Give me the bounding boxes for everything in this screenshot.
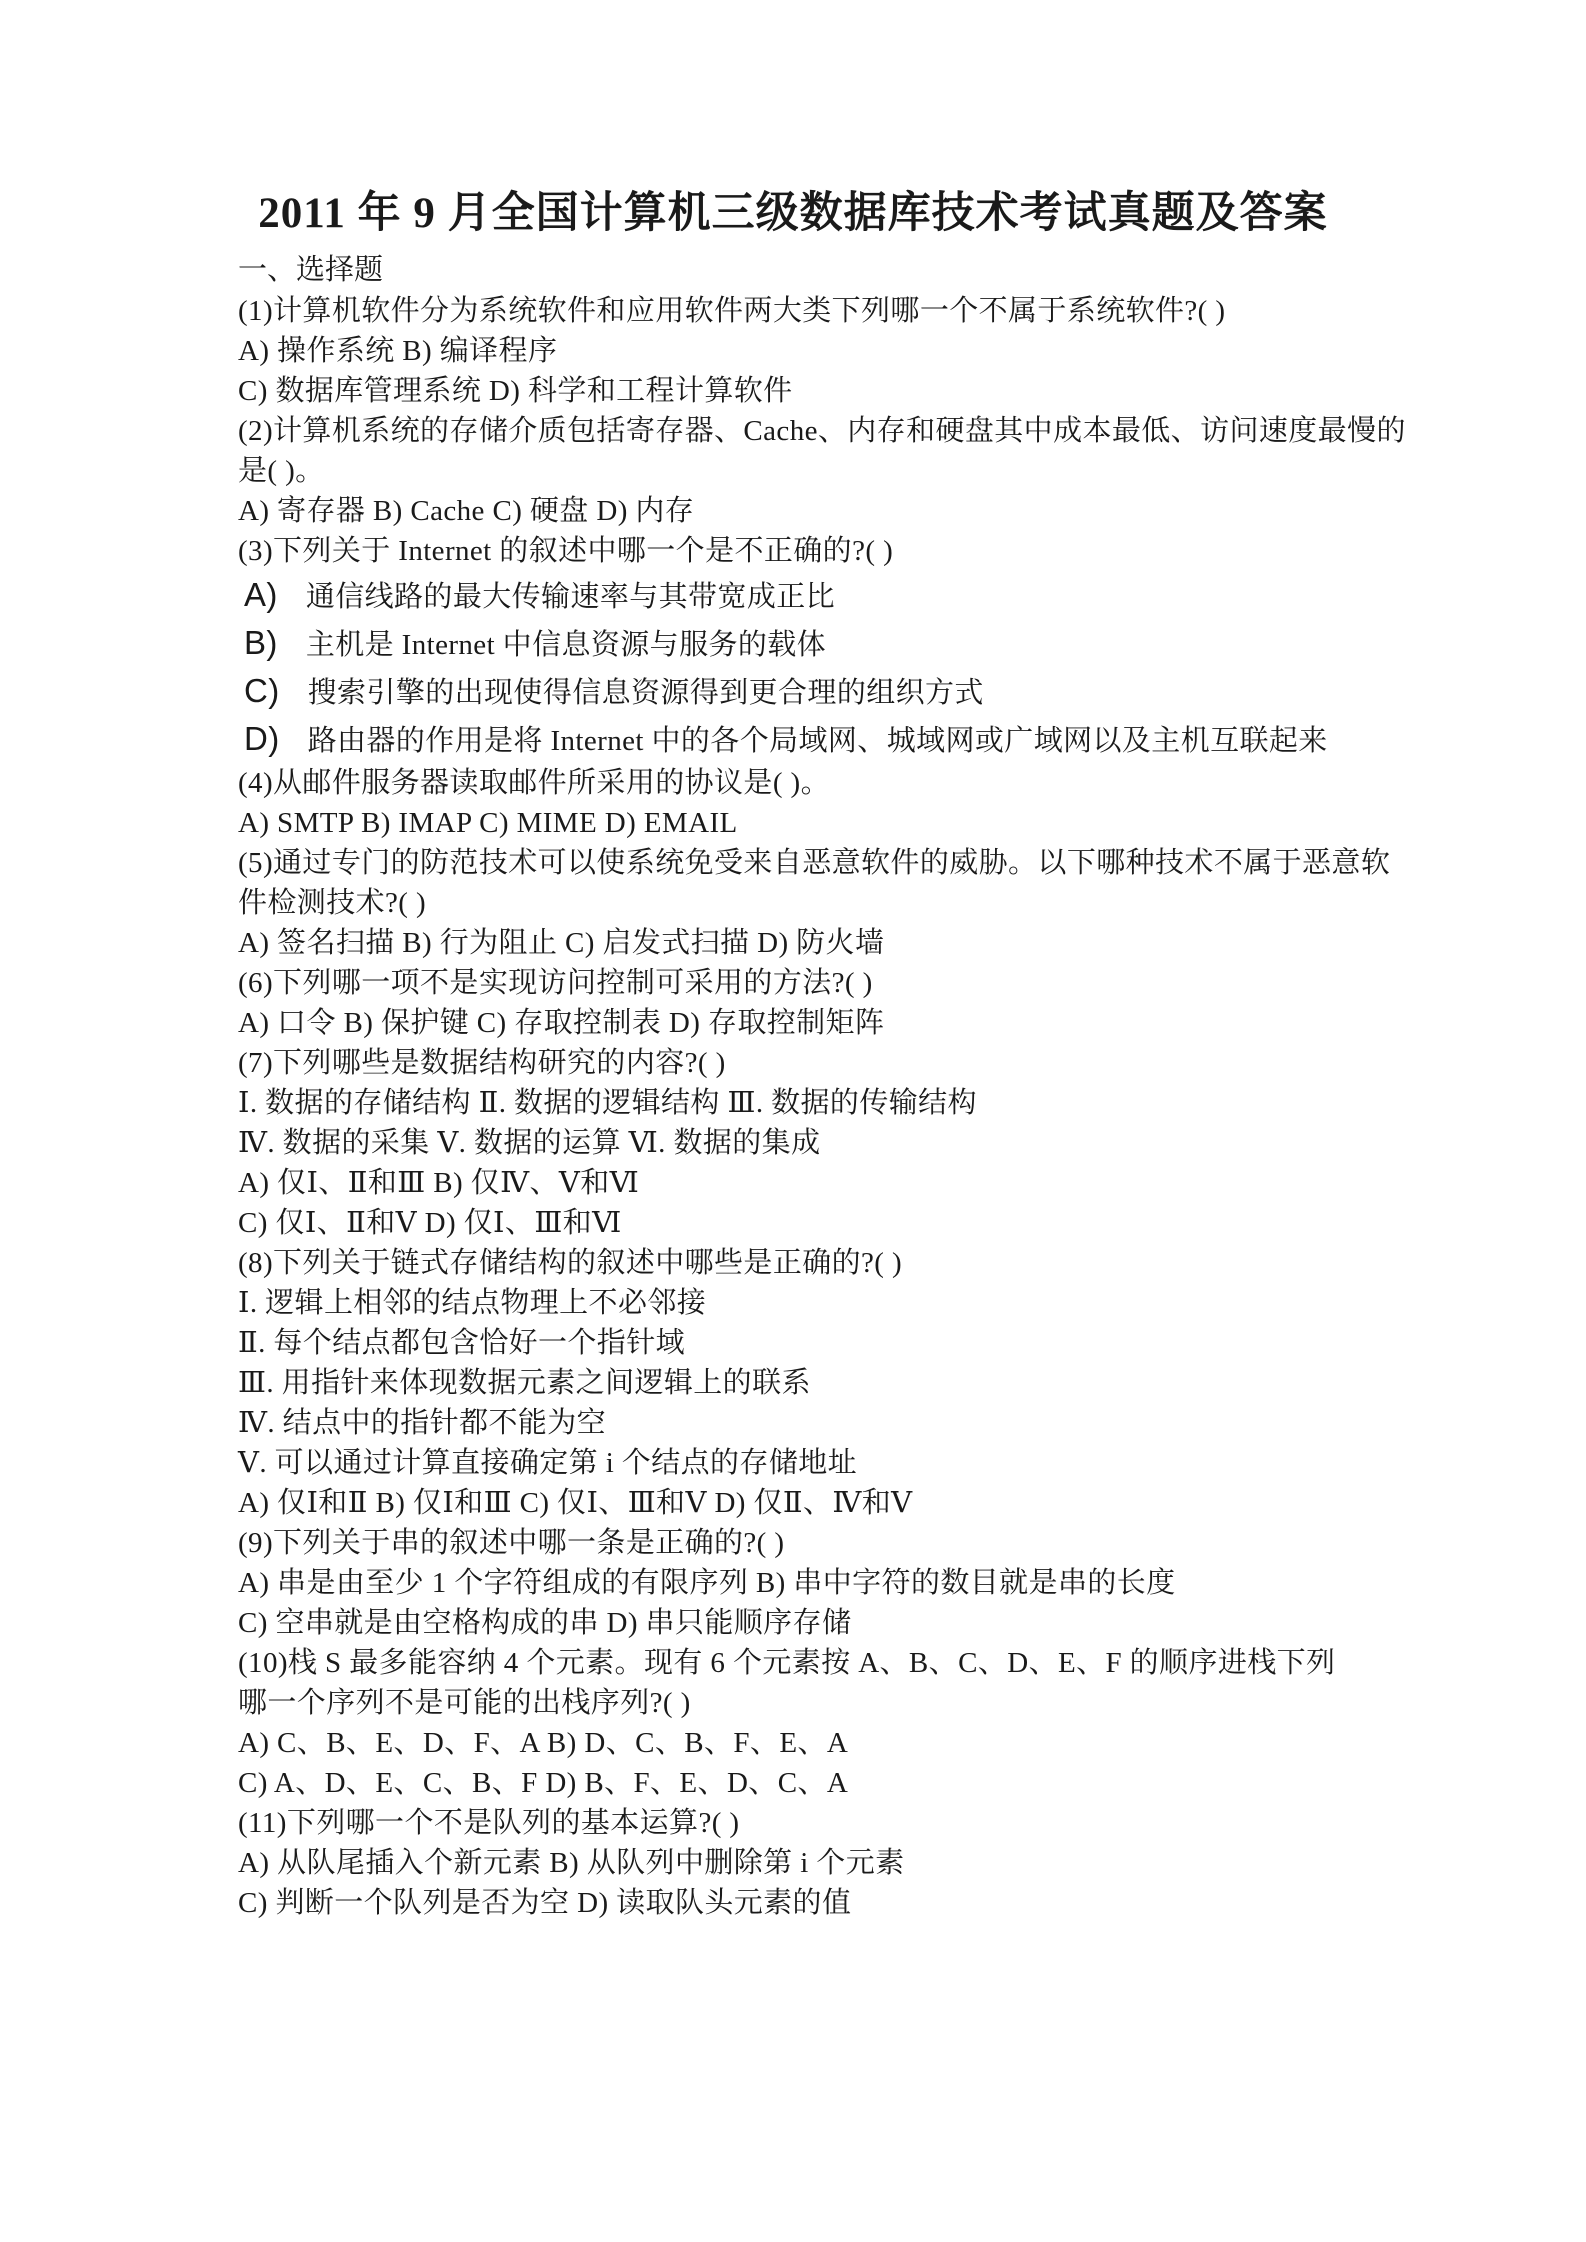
option-letter: A) bbox=[244, 576, 278, 613]
text-line: A) 寄存器 B) Cache C) 硬盘 D) 内存 bbox=[238, 491, 1368, 531]
choice-option-line: C)搜索引擎的出现使得信息资源得到更合理的组织方式 bbox=[238, 667, 1368, 715]
text-line: C) 仅Ⅰ、Ⅱ和Ⅴ D) 仅Ⅰ、Ⅲ和Ⅵ bbox=[238, 1203, 1368, 1243]
text-line: A) 仅Ⅰ、Ⅱ和Ⅲ B) 仅Ⅳ、Ⅴ和Ⅵ bbox=[238, 1163, 1368, 1203]
option-text: 主机是 Internet 中信息资源与服务的载体 bbox=[306, 629, 826, 661]
option-text: 路由器的作用是将 Internet 中的各个局域网、城域网或广域网以及主机互联起… bbox=[308, 725, 1328, 757]
text-line: A) 签名扫描 B) 行为阻止 C) 启发式扫描 D) 防火墙 bbox=[238, 923, 1368, 963]
option-letter: C) bbox=[244, 672, 280, 709]
text-line: Ⅱ. 每个结点都包含恰好一个指针域 bbox=[238, 1323, 1368, 1363]
text-line: 是( )。 bbox=[238, 451, 1368, 491]
question-lines-container: (1)计算机软件分为系统软件和应用软件两大类下列哪一个不属于系统软件?( )A)… bbox=[238, 291, 1368, 1923]
text-line: Ⅴ. 可以通过计算直接确定第 i 个结点的存储地址 bbox=[238, 1443, 1368, 1483]
text-line: A) C、B、E、D、F、A B) D、C、B、F、E、A bbox=[238, 1723, 1368, 1763]
text-line: Ⅰ. 逻辑上相邻的结点物理上不必邻接 bbox=[238, 1283, 1368, 1323]
option-text: 通信线路的最大传输速率与其带宽成正比 bbox=[306, 581, 835, 613]
text-line: (3)下列关于 Internet 的叙述中哪一个是不正确的?( ) bbox=[238, 531, 1368, 571]
text-line: (5)通过专门的防范技术可以使系统免受来自恶意软件的威胁。以下哪种技术不属于恶意… bbox=[238, 843, 1368, 883]
text-line: A) 仅Ⅰ和Ⅱ B) 仅Ⅰ和Ⅲ C) 仅Ⅰ、Ⅲ和Ⅴ D) 仅Ⅱ、Ⅳ和Ⅴ bbox=[238, 1483, 1368, 1523]
text-line: (9)下列关于串的叙述中哪一条是正确的?( ) bbox=[238, 1523, 1368, 1563]
section-heading: 一、选择题 bbox=[238, 251, 383, 289]
text-line: (1)计算机软件分为系统软件和应用软件两大类下列哪一个不属于系统软件?( ) bbox=[238, 291, 1368, 331]
text-line: Ⅳ. 结点中的指针都不能为空 bbox=[238, 1403, 1368, 1443]
document-title: 2011 年 9 月全国计算机三级数据库技术考试真题及答案 bbox=[228, 188, 1358, 240]
text-line: 哪一个序列不是可能的出栈序列?( ) bbox=[238, 1683, 1368, 1723]
text-line: Ⅰ. 数据的存储结构 Ⅱ. 数据的逻辑结构 Ⅲ. 数据的传输结构 bbox=[238, 1083, 1368, 1123]
choice-option-line: D)路由器的作用是将 Internet 中的各个局域网、城域网或广域网以及主机互… bbox=[238, 715, 1368, 763]
text-line: C) 判断一个队列是否为空 D) 读取队头元素的值 bbox=[238, 1883, 1368, 1923]
text-line: A) 操作系统 B) 编译程序 bbox=[238, 331, 1368, 371]
text-line: (2)计算机系统的存储介质包括寄存器、Cache、内存和硬盘其中成本最低、访问速… bbox=[238, 411, 1368, 451]
text-line: A) 口令 B) 保护键 C) 存取控制表 D) 存取控制矩阵 bbox=[238, 1003, 1368, 1043]
choice-option-line: A)通信线路的最大传输速率与其带宽成正比 bbox=[238, 571, 1368, 619]
text-line: 件检测技术?( ) bbox=[238, 883, 1368, 923]
text-line: A) 串是由至少 1 个字符组成的有限序列 B) 串中字符的数目就是串的长度 bbox=[238, 1563, 1368, 1603]
text-line: C) 数据库管理系统 D) 科学和工程计算软件 bbox=[238, 371, 1368, 411]
document-page: 2011 年 9 月全国计算机三级数据库技术考试真题及答案 一、选择题 (1)计… bbox=[0, 0, 1586, 2242]
text-line: C) 空串就是由空格构成的串 D) 串只能顺序存储 bbox=[238, 1603, 1368, 1643]
text-line: A) SMTP B) IMAP C) MIME D) EMAIL bbox=[238, 803, 1368, 843]
choice-option-line: B)主机是 Internet 中信息资源与服务的载体 bbox=[238, 619, 1368, 667]
text-line: A) 从队尾插入个新元素 B) 从队列中删除第 i 个元素 bbox=[238, 1843, 1368, 1883]
text-line: (7)下列哪些是数据结构研究的内容?( ) bbox=[238, 1043, 1368, 1083]
text-line: (4)从邮件服务器读取邮件所采用的协议是( )。 bbox=[238, 763, 1368, 803]
text-line: Ⅲ. 用指针来体现数据元素之间逻辑上的联系 bbox=[238, 1363, 1368, 1403]
option-letter: D) bbox=[244, 720, 280, 757]
text-line: (8)下列关于链式存储结构的叙述中哪些是正确的?( ) bbox=[238, 1243, 1368, 1283]
text-line: C) A、D、E、C、B、F D) B、F、E、D、C、A bbox=[238, 1763, 1368, 1803]
option-letter: B) bbox=[244, 624, 278, 661]
text-line: (6)下列哪一项不是实现访问控制可采用的方法?( ) bbox=[238, 963, 1368, 1003]
text-line: Ⅳ. 数据的采集 Ⅴ. 数据的运算 Ⅵ. 数据的集成 bbox=[238, 1123, 1368, 1163]
text-line: (10)栈 S 最多能容纳 4 个元素。现有 6 个元素按 A、B、C、D、E、… bbox=[238, 1643, 1368, 1683]
text-line: (11)下列哪一个不是队列的基本运算?( ) bbox=[238, 1803, 1368, 1843]
option-text: 搜索引擎的出现使得信息资源得到更合理的组织方式 bbox=[308, 677, 984, 709]
